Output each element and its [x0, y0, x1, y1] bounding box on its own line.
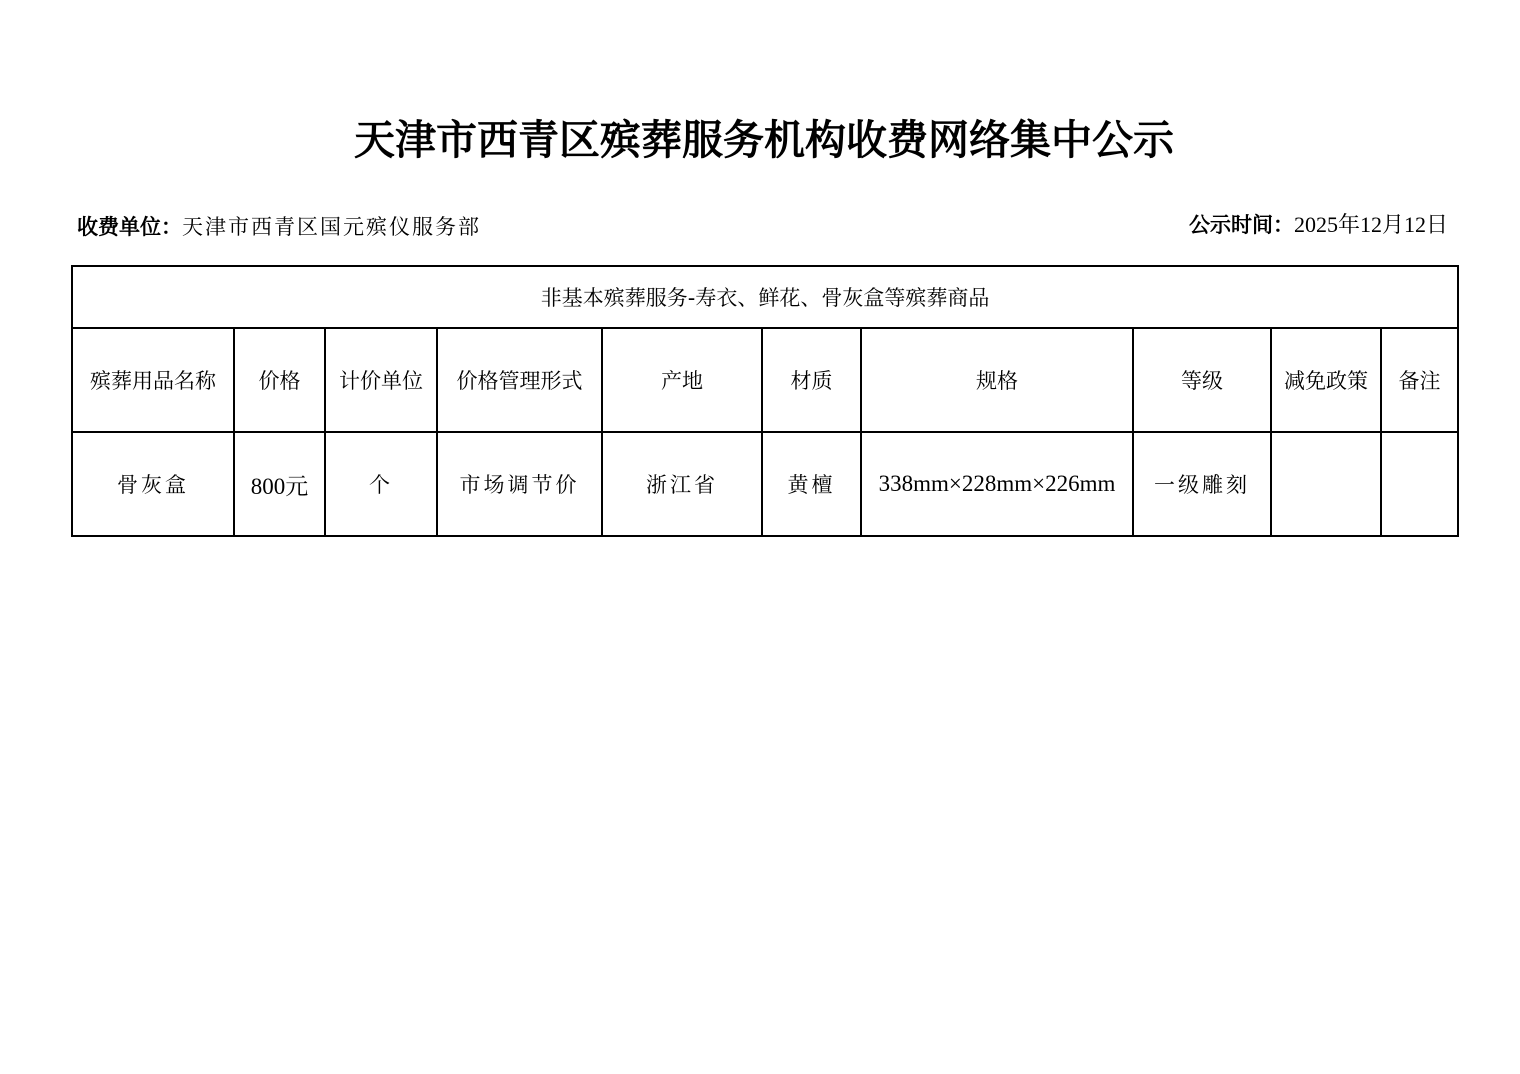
table-row: 骨灰盒 800元 个 市场调节价 浙江省 黄檀 338mm×228mm×226m… [72, 432, 1458, 536]
publish-time-value: 2025年12月12日 [1294, 212, 1448, 237]
column-header-spec: 规格 [861, 328, 1133, 432]
cell-price-management: 市场调节价 [437, 432, 602, 536]
section-header-row: 非基本殡葬服务-寿衣、鲜花、骨灰盒等殡葬商品 [72, 266, 1458, 328]
cell-remarks [1381, 432, 1458, 536]
cell-grade: 一级雕刻 [1133, 432, 1271, 536]
column-header-remarks: 备注 [1381, 328, 1458, 432]
publish-time: 公示时间：2025年12月12日 [1189, 210, 1448, 240]
cell-origin: 浙江省 [602, 432, 762, 536]
charging-unit-label: 收费单位： [77, 215, 182, 239]
charging-unit: 收费单位：天津市西青区国元殡仪服务部 [77, 212, 481, 242]
column-header-reduction-policy: 减免政策 [1271, 328, 1381, 432]
document-title: 天津市西青区殡葬服务机构收费网络集中公示 [0, 112, 1520, 168]
cell-material: 黄檀 [762, 432, 861, 536]
cell-name: 骨灰盒 [72, 432, 234, 536]
column-header-unit: 计价单位 [325, 328, 437, 432]
charging-unit-value: 天津市西青区国元殡仪服务部 [182, 215, 481, 239]
column-header-price: 价格 [234, 328, 325, 432]
cell-reduction-policy [1271, 432, 1381, 536]
price-table: 非基本殡葬服务-寿衣、鲜花、骨灰盒等殡葬商品 殡葬用品名称 价格 计价单位 价格… [71, 265, 1459, 537]
cell-price: 800元 [234, 432, 325, 536]
column-header-name: 殡葬用品名称 [72, 328, 234, 432]
column-header-row: 殡葬用品名称 价格 计价单位 价格管理形式 产地 材质 规格 等级 减免政策 备… [72, 328, 1458, 432]
cell-unit: 个 [325, 432, 437, 536]
column-header-origin: 产地 [602, 328, 762, 432]
column-header-material: 材质 [762, 328, 861, 432]
cell-spec: 338mm×228mm×226mm [861, 432, 1133, 536]
section-title: 非基本殡葬服务-寿衣、鲜花、骨灰盒等殡葬商品 [72, 266, 1458, 328]
column-header-price-management: 价格管理形式 [437, 328, 602, 432]
publish-time-label: 公示时间： [1189, 213, 1294, 237]
column-header-grade: 等级 [1133, 328, 1271, 432]
